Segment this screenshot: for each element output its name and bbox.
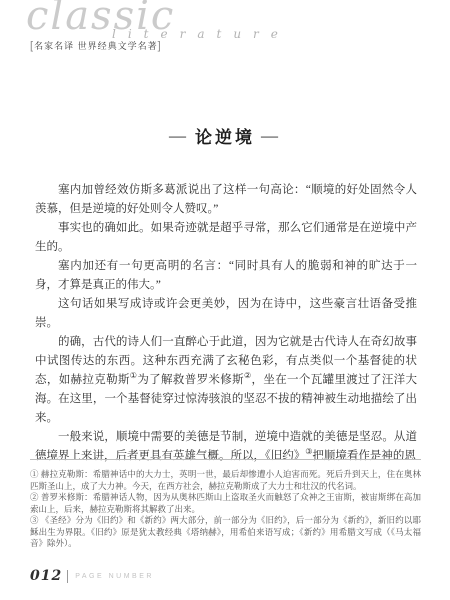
paragraph: 的确，古代的诗人们一直醉心于此道，因为它就是古代诗人在奇幻故事中试图传达的东西。… [35, 333, 417, 428]
series-bracket-right: ] [158, 40, 162, 52]
footnote-ref: ③ [305, 447, 312, 456]
page-header: classic literature [名家名译 世界经典文学名著] [0, 0, 450, 70]
footnotes-section: ① 赫拉克勒斯：希腊神话中的大力士，英明一世，最后却惨遭小人迫害而死。死后升到天… [30, 459, 421, 550]
series-label-text: 名家名译 世界经典文学名著 [34, 41, 158, 51]
title-dash-right: — [261, 126, 281, 145]
footnote: ② 普罗米修斯：希腊神话人物，因为从奥林匹斯山上盗取圣火而触怒了众神之王宙斯，被… [30, 492, 421, 515]
footnote: ③ 《圣经》分为《旧约》和《新约》两大部分，前一部分为《旧约》，后一部分为《新约… [30, 515, 421, 550]
footnote-ref: ① [130, 371, 138, 380]
footnote-marker: ② [30, 492, 39, 502]
footnote-marker: ① [30, 469, 39, 479]
book-page: classic literature [名家名译 世界经典文学名著] —论逆境—… [0, 0, 450, 600]
footnote-marker: ③ [30, 515, 39, 525]
footnotes-list: ① 赫拉克勒斯：希腊神话中的大力士，英明一世，最后却惨遭小人迫害而死。死后升到天… [30, 469, 421, 550]
paragraph: 塞内加曾经效仿斯多葛派说出了这样一句高论：“顺境的好处固然令人羡慕，但是逆境的好… [35, 181, 417, 219]
footer-divider [67, 570, 68, 583]
paragraph: 事实也的确如此。如果奇迹就是超乎寻常，那么它们通常是在逆境中产生的。 [35, 219, 417, 257]
chapter-title: —论逆境— [0, 123, 450, 148]
paragraph: 塞内加还有一句更高明的名言：“同时具有人的脆弱和神的旷达于一身，才算是真正的伟大… [35, 257, 417, 295]
page-footer: 012 PAGE NUMBER [30, 568, 154, 584]
series-label: [名家名译 世界经典文学名著] [30, 39, 162, 52]
chapter-title-text: 论逆境 [195, 128, 255, 147]
footnote: ① 赫拉克勒斯：希腊神话中的大力士，英明一世，最后却惨遭小人迫害而死。死后升到天… [30, 469, 421, 492]
footnote-ref: ② [244, 371, 252, 380]
series-bracket-left: [ [30, 40, 34, 52]
body-text: 塞内加曾经效仿斯多葛派说出了这样一句高论：“顺境的好处固然令人羡慕，但是逆境的好… [35, 181, 417, 466]
paragraph: 这句话如果写成诗或许会更美妙，因为在诗中，这些豪言壮语备受推崇。 [35, 295, 417, 333]
page-number: 012 [30, 568, 62, 584]
footer-label: PAGE NUMBER [75, 573, 154, 580]
title-dash-left: — [169, 126, 189, 145]
